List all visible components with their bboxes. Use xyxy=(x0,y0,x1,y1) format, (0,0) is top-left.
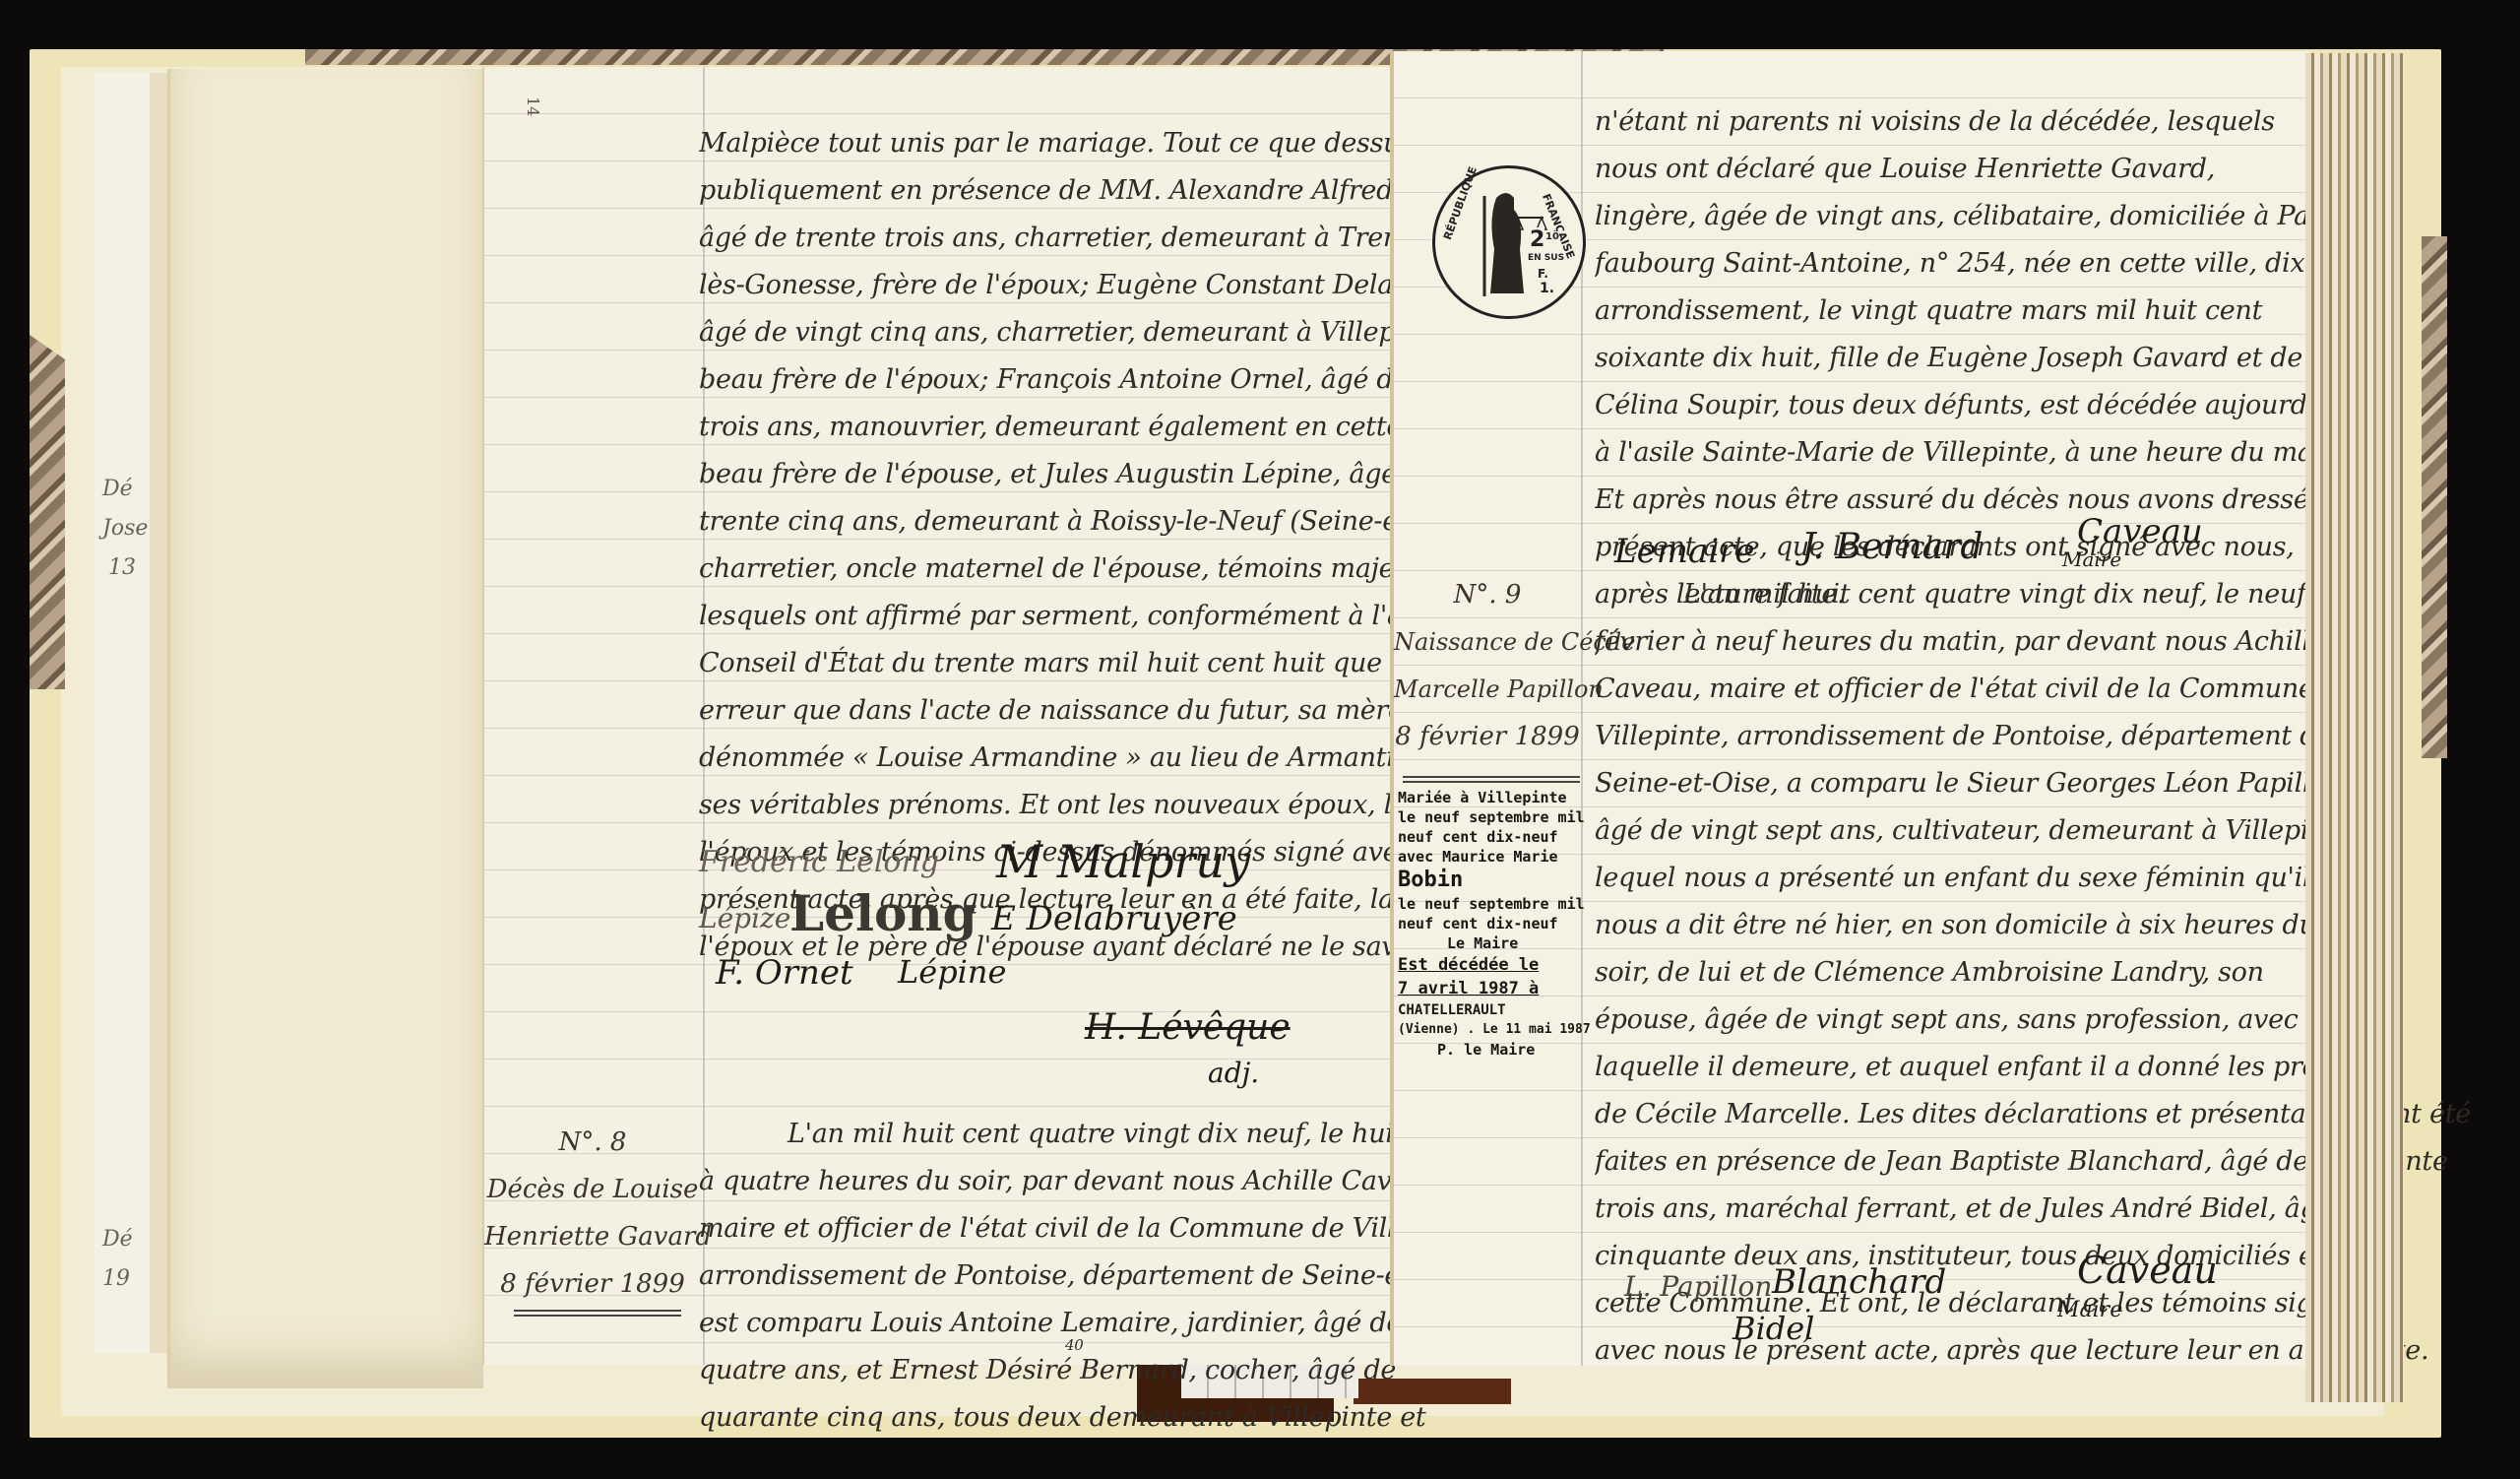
text-line: soixante dix huit, fille de Eugène Josep… xyxy=(1595,335,2368,382)
text-line: lingère, âgée de vingt ans, célibataire,… xyxy=(1595,193,2368,240)
signature-bernard: J. Bernard xyxy=(1801,527,1983,567)
stub-text-top-1: Dé xyxy=(102,477,133,501)
act-date: 8 février 1899 xyxy=(1394,713,1581,760)
stamp-value: 2 xyxy=(1530,227,1544,252)
annotation-line: avec Maurice Marie xyxy=(1398,847,1585,867)
text-line: à l'asile Sainte-Marie de Villepinte, à … xyxy=(1595,429,2368,477)
stamp-en-sus: EN SUS xyxy=(1528,253,1564,263)
annotation-line: Est décédée le xyxy=(1398,953,1585,977)
stub-text-top-2: Jose xyxy=(102,516,148,541)
signature-caveau-1: Caveau xyxy=(2077,512,2203,551)
annotation-line: neuf cent dix-neuf xyxy=(1398,827,1585,847)
act-title-line-1: Décès de Louise xyxy=(484,1166,701,1213)
text-line: faubourg Saint-Antoine, n° 254, née en c… xyxy=(1595,240,2368,288)
annotation-line: (Vienne) . Le 11 mai 1987 xyxy=(1398,1020,1585,1040)
text-line: arrondissement, le vingt quatre mars mil… xyxy=(1595,288,2368,335)
stamp-f-label: F. xyxy=(1538,267,1548,281)
text-line: quarante cinq ans, tous deux demeurant à… xyxy=(699,1394,1529,1442)
annotation-line: P. le Maire xyxy=(1398,1040,1585,1060)
signature-lepize: Lépize xyxy=(699,902,790,934)
text-line: Célina Soupir, tous deux défunts, est dé… xyxy=(1595,382,2368,429)
annotation-line: neuf cent dix-neuf xyxy=(1398,914,1585,933)
signature-leveque: H. Lévêque xyxy=(1085,1007,1291,1048)
signature-lelong: Lelong xyxy=(789,884,977,942)
signature-malpruy: M Malpruy xyxy=(996,835,1250,888)
act-title-line-1: Naissance de Cécile xyxy=(1394,618,1581,666)
annotation-line: 7 avril 1987 à xyxy=(1398,977,1585,1000)
marginal-annotation: Mariée à Villepinte le neuf septembre mi… xyxy=(1398,788,1585,1060)
signature-ornet: F. Ornet xyxy=(716,953,853,993)
signature-caveau-2: Caveau xyxy=(2077,1249,2218,1292)
left-page-stub: Dé Jose 13 Dé 19 xyxy=(94,73,152,1353)
signature-lepine: Lépine xyxy=(898,953,1006,991)
act-date: 8 février 1899 xyxy=(484,1260,701,1308)
annotation-line: le neuf septembre mil xyxy=(1398,894,1585,914)
signature-delabruyere: E Delabruyère xyxy=(991,899,1237,938)
stub-text-bottom-2: 19 xyxy=(102,1266,130,1291)
interlinear-correction: 40 xyxy=(1065,1337,1084,1353)
stub-text-bottom-1: Dé xyxy=(102,1227,133,1252)
annotation-line: Le Maire xyxy=(1398,933,1585,953)
act-title-line-2: Henriette Gavard xyxy=(484,1213,701,1260)
signature-blanchard: Blanchard xyxy=(1772,1262,1946,1302)
act-8-margin-heading: N°. 8 Décès de Louise Henriette Gavard 8… xyxy=(484,1119,701,1308)
annotation-line: Bobin xyxy=(1398,867,1585,894)
annotation-line: le neuf septembre mil xyxy=(1398,807,1585,827)
signature-papillon: L. Papillon xyxy=(1624,1270,1772,1303)
act-9-margin-heading: N°. 9 Naissance de Cécile Marcelle Papil… xyxy=(1394,571,1581,760)
signature-maire-label-2: Maire xyxy=(2057,1298,2122,1322)
stamp-f-value: 1. xyxy=(1540,281,1554,296)
stamp-value-small: 10 xyxy=(1545,231,1559,242)
stub-text-top-3: 13 xyxy=(108,555,136,580)
signature-bidel: Bidel xyxy=(1732,1310,1814,1347)
marbled-cover-left xyxy=(30,335,65,689)
signature-adjoint-label: adj. xyxy=(1208,1057,1259,1089)
signature-maire-label-1: Maire xyxy=(2062,547,2121,571)
margin-double-rule xyxy=(514,1310,681,1317)
signature-frederic-lelong: Frédéric Lelong xyxy=(699,845,939,879)
signature-lemaire: Lemaire xyxy=(1614,532,1754,571)
text-line: nous ont déclaré que Louise Henriette Ga… xyxy=(1595,146,2368,193)
act-number: N°. 9 xyxy=(1394,571,1581,618)
page-fore-edges xyxy=(2305,53,2404,1402)
blank-verso-page xyxy=(167,69,483,1388)
annotation-line: Mariée à Villepinte xyxy=(1398,788,1585,807)
text-line: Et après nous être assuré du décès nous … xyxy=(1595,477,2368,524)
annotation-line: CHATELLERAULT xyxy=(1398,1000,1585,1020)
act-title-line-2: Marcelle Papillon xyxy=(1394,666,1581,713)
fiscal-stamp: RÉPUBLIQUE FRANÇAISE 2 10 EN SUS F. 1. xyxy=(1432,165,1586,319)
margin-double-rule xyxy=(1403,776,1580,783)
act-number: N°. 8 xyxy=(484,1119,701,1166)
left-page-stub-edge xyxy=(150,73,167,1353)
register-page-left: 14 Malpièce tout unis par le mariage. To… xyxy=(482,67,1390,1365)
folio-mark: 14 xyxy=(524,96,542,116)
text-line: n'étant ni parents ni voisins de la décé… xyxy=(1595,98,2368,146)
